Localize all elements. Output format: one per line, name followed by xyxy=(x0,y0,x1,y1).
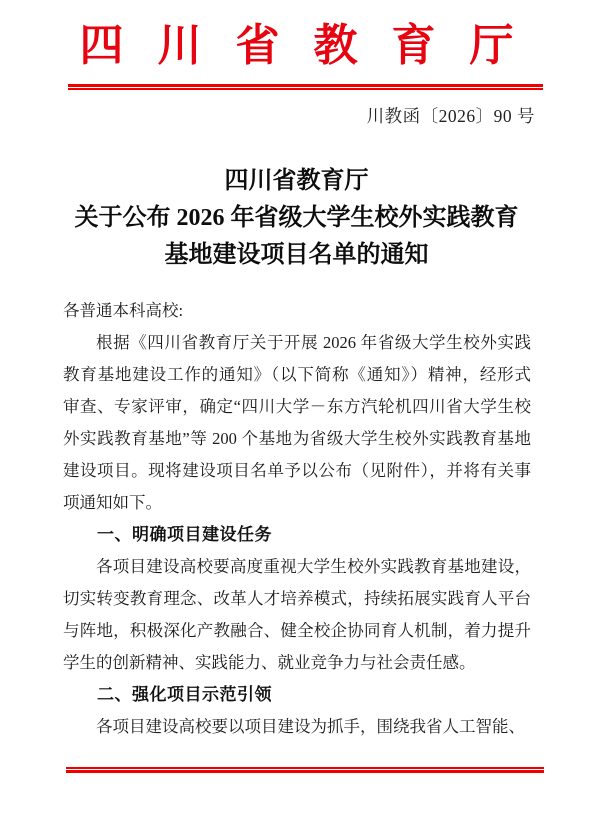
body-line: 学生的创新精神、实践能力、就业竞争力与社会责任感。 xyxy=(63,647,531,679)
body-line: 教育基地建设工作的通知》（以下简称《通知》）精神，经形式 xyxy=(63,359,531,391)
red-double-rule-top xyxy=(68,84,543,90)
paragraph-1: 根据《四川省教育厅关于开展 2026 年省级大学生校外实践教育基地建设工作的通知… xyxy=(63,327,531,519)
document-reference-number: 川教函〔2026〕90 号 xyxy=(367,104,535,128)
body-line: 各项目建设高校要以项目建设为抓手，围绕我省人工智能、 xyxy=(63,711,531,743)
body-line: 审查、专家评审，确定“四川大学－东方汽轮机四川省大学生校 xyxy=(63,391,531,423)
body-line: 建设项目。现将建设项目名单予以公布（见附件），并将有关事 xyxy=(63,455,531,487)
official-document-page: 四川省教育厅 川教函〔2026〕90 号 四川省教育厅 关于公布 2026 年省… xyxy=(0,0,593,825)
section-heading-1: 一、明确项目建设任务 xyxy=(63,519,531,551)
paragraph-3: 各项目建设高校要以项目建设为抓手，围绕我省人工智能、 xyxy=(63,711,531,743)
salutation: 各普通本科高校: xyxy=(63,295,531,327)
document-body: 各普通本科高校: 根据《四川省教育厅关于开展 2026 年省级大学生校外实践教育… xyxy=(63,295,531,743)
body-line: 外实践教育基地”等 200 个基地为省级大学生校外实践教育基地 xyxy=(63,423,531,455)
body-line: 与阵地，积极深化产教融合、健全校企协同育人机制，着力提升 xyxy=(63,615,531,647)
body-line: 切实转变教育理念、改革人才培养模式，持续拓展实践育人平台 xyxy=(63,583,531,615)
document-title-line-1: 四川省教育厅 xyxy=(0,163,593,200)
document-title: 四川省教育厅 关于公布 2026 年省级大学生校外实践教育 基地建设项目名单的通… xyxy=(0,163,593,274)
body-line: 各项目建设高校要高度重视大学生校外实践教育基地建设， xyxy=(63,551,531,583)
document-title-line-3: 基地建设项目名单的通知 xyxy=(0,237,593,274)
body-line: 项通知如下。 xyxy=(63,487,531,519)
section-heading-2: 二、强化项目示范引领 xyxy=(63,679,531,711)
paragraph-2: 各项目建设高校要高度重视大学生校外实践教育基地建设，切实转变教育理念、改革人才培… xyxy=(63,551,531,679)
body-line: 根据《四川省教育厅关于开展 2026 年省级大学生校外实践 xyxy=(63,327,531,359)
document-title-line-2: 关于公布 2026 年省级大学生校外实践教育 xyxy=(0,200,593,237)
agency-masthead: 四川省教育厅 xyxy=(0,20,593,72)
red-double-rule-bottom xyxy=(66,767,544,773)
